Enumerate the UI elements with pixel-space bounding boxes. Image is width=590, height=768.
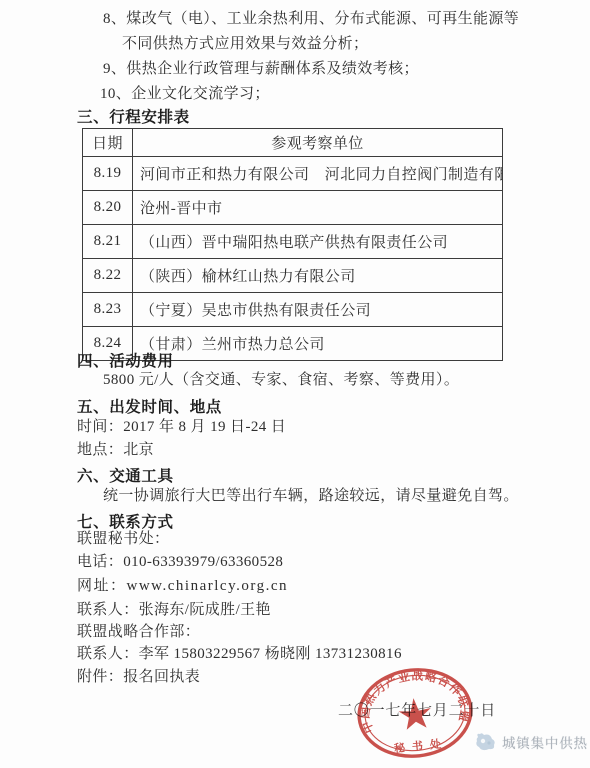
column-header-unit: 参观考察单位 (133, 129, 503, 157)
contact-website: 网址：www.chinarlcy.org.cn (77, 577, 288, 596)
section-title-itinerary: 三、行程安排表 (77, 105, 190, 127)
contact-phone: 电话：010-63393979/63360528 (77, 553, 283, 572)
departure-time: 时间：2017 年 8 月 19 日-24 日 (77, 418, 286, 437)
table-header-row: 日期 参观考察单位 (83, 129, 503, 157)
cell-unit: （山西）晋中瑞阳热电联产供热有限责任公司 (133, 225, 503, 259)
cell-date: 8.23 (83, 293, 133, 327)
cell-unit: 沧州-晋中市 (133, 191, 503, 225)
itinerary-table: 日期 参观考察单位 8.19 河间市正和热力有限公司 河北同力自控阀门制造有限公… (82, 128, 503, 361)
list-item-8-line1: 8、煤改气（电）、工业余热利用、分布式能源、可再生能源等 (103, 10, 519, 29)
section-title-transport: 六、交通工具 (77, 464, 174, 486)
brand-text: 城镇集中供热 (502, 732, 588, 752)
table-row: 8.19 河间市正和热力有限公司 河北同力自控阀门制造有限公司 (83, 157, 503, 191)
section-title-departure: 五、出发时间、地点 (77, 395, 222, 417)
table-row: 8.21 （山西）晋中瑞阳热电联产供热有限责任公司 (83, 225, 503, 259)
brand-logo-icon (474, 731, 498, 753)
section-title-contact: 七、联系方式 (77, 510, 174, 532)
fee-text: 5800 元/人（含交通、专家、食宿、考察、等费用）。 (103, 371, 459, 390)
contact-secretariat: 联盟秘书处： (77, 530, 169, 549)
transport-text: 统一协调旅行大巴等出行车辆，路途较远，请尽量避免自驾。 (103, 487, 519, 506)
contact-dept: 联盟战略合作部： (77, 623, 200, 642)
section-title-fee: 四、活动费用 (77, 349, 174, 371)
cell-unit: （甘肃）兰州市热力总公司 (133, 327, 503, 361)
cell-date: 8.21 (83, 225, 133, 259)
cell-unit: （陕西）榆林红山热力有限公司 (133, 259, 503, 293)
cell-unit: 河间市正和热力有限公司 河北同力自控阀门制造有限公司 (133, 157, 503, 191)
seal-star-icon (397, 696, 432, 730)
cell-date: 8.19 (83, 157, 133, 191)
contact-persons-1: 联系人：张海东/阮成胜/王艳 (77, 601, 271, 620)
list-item-10: 10、企业文化交流学习； (100, 85, 270, 104)
cell-date: 8.22 (83, 259, 133, 293)
table-row: 8.22 （陕西）榆林红山热力有限公司 (83, 259, 503, 293)
brand-watermark: 城镇集中供热 (474, 731, 588, 753)
cell-date: 8.20 (83, 191, 133, 225)
attachment-note: 附件：报名回执表 (77, 668, 200, 687)
table-row: 8.20 沧州-晋中市 (83, 191, 503, 225)
list-item-8-line2: 不同供热方式应用效果与效益分析； (122, 35, 368, 54)
list-item-9: 9、供热企业行政管理与薪酬体系及绩效考核； (103, 60, 419, 79)
document-page: 8、煤改气（电）、工业余热利用、分布式能源、可再生能源等 不同供热方式应用效果与… (0, 0, 590, 768)
departure-place: 地点：北京 (77, 441, 154, 460)
cell-unit: （宁夏）吴忠市供热有限责任公司 (133, 293, 503, 327)
table-row: 8.23 （宁夏）吴忠市供热有限责任公司 (83, 293, 503, 327)
red-seal-stamp: 中国热力产业战略合作联盟 秘 书 处 (335, 654, 495, 768)
column-header-date: 日期 (83, 129, 133, 157)
